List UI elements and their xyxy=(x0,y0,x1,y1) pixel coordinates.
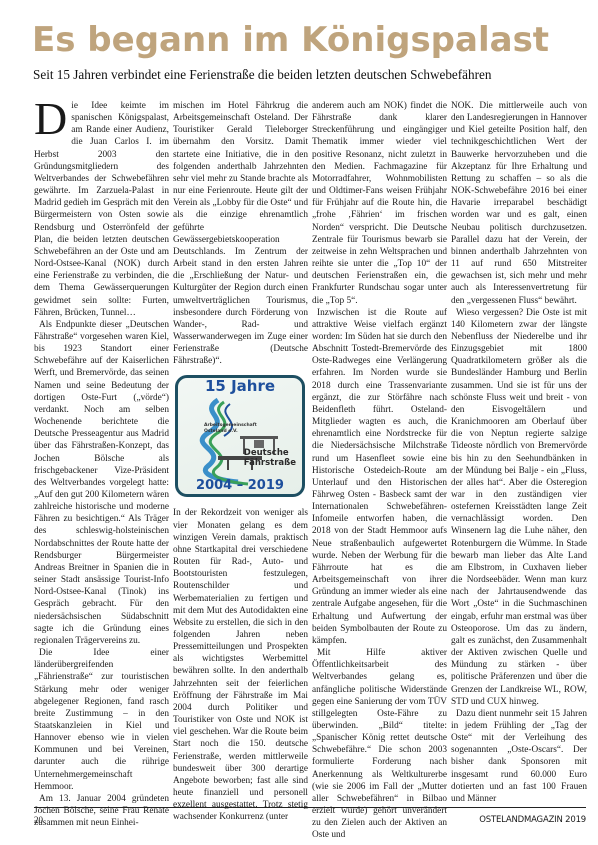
footer-divider xyxy=(34,807,586,808)
page-number: 20 xyxy=(34,815,43,825)
paragraph: Am 13. Januar 2004 gründeten Jochen Böls… xyxy=(34,793,169,829)
text-column-3: anderem auch am NOK) findet die Fährstra… xyxy=(312,100,447,842)
paragraph: In der Rekordzeit von weniger als vier M… xyxy=(173,507,308,823)
paragraph: Inzwischen ist die Route auf attraktive … xyxy=(312,307,447,647)
anniversary-logo: 15 Jahre ArbeitsgemeinschaftOsteland e.V… xyxy=(175,375,305,497)
logo-route-name: DeutscheFährstraße xyxy=(244,448,296,468)
text-column-1: Die Idee keimte im spanischen Königspala… xyxy=(34,100,169,829)
paragraph: Die Idee einer länderübergreifenden „Fäh… xyxy=(34,647,169,793)
paragraph: Die Idee keimte im spanischen Königspala… xyxy=(34,100,169,319)
paragraph: anderem auch am NOK) findet die Fährstra… xyxy=(312,100,447,307)
paragraph: mischen im Hotel Fährkrug die Arbeitsgem… xyxy=(173,100,308,367)
text-column-4: NOK. Die mittlerweile auch von den Lande… xyxy=(451,100,587,805)
river-ferry-graphic xyxy=(178,378,302,494)
article-subtitle: Seit 15 Jahren verbindet eine Ferienstra… xyxy=(33,67,491,83)
magazine-name: OSTELANDMAGAZIN 2019 xyxy=(479,815,586,825)
logo-title: 15 Jahre xyxy=(178,380,302,392)
paragraph: Mit Hilfe aktiver Öffentlichkeitsarbeit … xyxy=(312,647,447,842)
paragraph: Als Endpunkte dieser „Deutschen Fährstra… xyxy=(34,319,169,647)
article-title: Es begann im Königspalast xyxy=(32,20,549,60)
drop-cap: D xyxy=(34,101,67,137)
text-column-2: mischen im Hotel Fährkrug die Arbeitsgem… xyxy=(173,100,308,824)
paragraph: Wieso vergessen? Die Oste ist mit 140 Ki… xyxy=(451,307,587,708)
paragraph: Dazu dient nunmehr seit 15 Jahren in jed… xyxy=(451,708,587,805)
logo-organization: ArbeitsgemeinschaftOsteland e.V. xyxy=(204,423,257,435)
paragraph: NOK. Die mittlerweile auch von den Lande… xyxy=(451,100,587,307)
logo-years: 2004 – 2019 xyxy=(178,480,302,492)
